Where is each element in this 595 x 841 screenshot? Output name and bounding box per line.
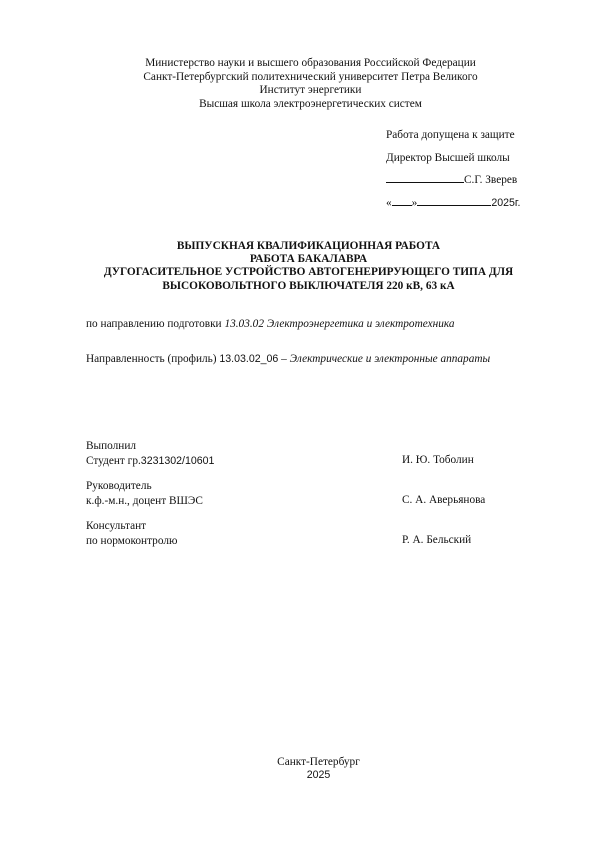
signature-supervisor: Руководитель к.ф.-м.н., доцент ВШЭС [86, 479, 203, 509]
director-label: Директор Высшей школы [386, 147, 520, 170]
month-blank [417, 194, 491, 206]
director-name: С.Г. Зверев [464, 174, 517, 186]
approval-date-line: «»2025г. [386, 192, 520, 215]
ministry-line: Министерство науки и высшего образования… [0, 57, 595, 71]
student-role: Выполнил [86, 439, 214, 454]
approval-block: Работа допущена к защите Директор Высшей… [386, 124, 520, 214]
institute-line: Институт энергетики [0, 84, 595, 98]
profile-code: 13.03.02_06 [219, 353, 278, 365]
day-blank [392, 194, 412, 206]
title-line-3: ДУГОГАСИТЕЛЬНОЕ УСТРОЙСТВО АВТОГЕНЕРИРУЮ… [22, 266, 595, 279]
profile-line: Направленность (профиль) 13.03.02_06 – Э… [86, 353, 490, 365]
title-line-2: РАБОТА БАКАЛАВРА [22, 253, 595, 266]
consultant-name: Р. А. Бельский [402, 534, 471, 546]
admitted-label: Работа допущена к защите [386, 124, 520, 147]
footer-year: 2025 [42, 769, 595, 782]
supervisor-role: Руководитель [86, 479, 203, 494]
direction-line: по направлению подготовки 13.03.02 Элект… [86, 318, 455, 330]
consultant-role: Консультант [86, 519, 177, 534]
supervisor-name: С. А. Аверьянова [402, 494, 485, 506]
supervisor-position: к.ф.-м.н., доцент ВШЭС [86, 494, 203, 509]
footer: Санкт-Петербург 2025 [0, 756, 595, 783]
title-line-4: ВЫСОКОВОЛЬТНОГО ВЫКЛЮЧАТЕЛЯ 220 кВ, 63 к… [22, 280, 595, 293]
profile-label: Направленность (профиль) [86, 353, 219, 365]
direction-label: по направлению подготовки [86, 318, 224, 330]
date-year: 2025г. [491, 197, 520, 209]
signature-consultant: Консультант по нормоконтролю [86, 519, 177, 549]
signature-student: Выполнил Студент гр.3231302/10601 [86, 439, 214, 469]
university-line: Санкт-Петербургский политехнический унив… [0, 71, 595, 85]
signature-blank [386, 171, 464, 183]
footer-city: Санкт-Петербург [42, 756, 595, 769]
institution-header: Министерство науки и высшего образования… [0, 57, 595, 111]
director-signature-line: С.Г. Зверев [386, 169, 520, 192]
consultant-position: по нормоконтролю [86, 534, 177, 549]
student-group: 3231302/10601 [141, 455, 215, 467]
direction-value: 13.03.02 Электроэнергетика и электротехн… [224, 318, 454, 330]
school-line: Высшая школа электроэнергетических систе… [0, 98, 595, 112]
student-position: Студент гр.3231302/10601 [86, 454, 214, 469]
profile-value: Электрические и электронные аппараты [290, 353, 491, 365]
title-line-1: ВЫПУСКНАЯ КВАЛИФИКАЦИОННАЯ РАБОТА [22, 240, 595, 253]
student-name: И. Ю. Тоболин [402, 454, 474, 466]
thesis-title: ВЫПУСКНАЯ КВАЛИФИКАЦИОННАЯ РАБОТА РАБОТА… [0, 240, 595, 293]
profile-dash: – [278, 353, 289, 365]
